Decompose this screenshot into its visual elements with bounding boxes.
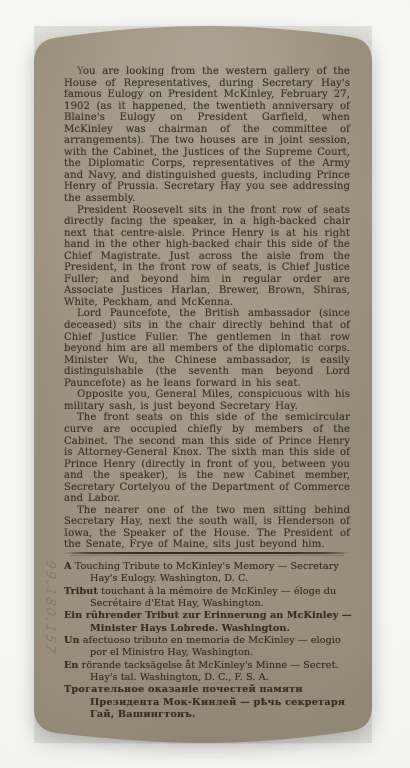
handwritten-catalog-number: 99.180.157 (43, 542, 58, 673)
title-text: touchant à la mémoire de McKinley — élog… (90, 586, 336, 609)
title-lead-word: A (64, 561, 72, 572)
title-text: rörande tacksägelse åt McKinley's Minne … (82, 660, 339, 683)
multilingual-title-list: A Touching Tribute to McKinley's Memory … (64, 561, 352, 721)
description-paragraph: Lord Pauncefote, the British ambassador … (64, 308, 350, 389)
description-paragraph: President Roosevelt sits in the front ro… (64, 205, 350, 309)
title-entry-spanish: Un afectuoso tributo en memoria de McKin… (64, 635, 352, 660)
title-lead-word: Ein (64, 610, 82, 621)
description-paragraph: Opposite you, General Miles, conspicuous… (64, 389, 350, 412)
title-text: afectuoso tributo en memoria de McKinley… (83, 635, 341, 658)
title-entry-russian: Трогательное оказаніе почестей памяти Пр… (64, 684, 352, 721)
title-entry-french: Tribut touchant à la mémoire de McKinley… (64, 586, 352, 611)
title-entry-german: Ein rührender Tribut zur Erinnerung an M… (64, 610, 352, 635)
description-paragraph: The nearer one of the two men sitting be… (64, 505, 350, 551)
title-entry-swedish: En rörande tacksägelse åt McKinley's Min… (64, 660, 352, 685)
title-lead-word: Un (64, 635, 80, 646)
divider-rule (64, 552, 350, 554)
title-lead-word: Tribut (64, 586, 98, 597)
stereocard-photo-background: You are looking from the western gallery… (0, 0, 410, 768)
description-text-block: You are looking from the western gallery… (64, 66, 350, 551)
description-paragraph: You are looking from the western gallery… (64, 66, 350, 205)
description-paragraph: The front seats on this side of the semi… (64, 412, 350, 504)
title-entry-english: A Touching Tribute to McKinley's Memory … (64, 561, 352, 586)
title-text: Touching Tribute to McKinley's Memory — … (75, 561, 339, 584)
title-lead-word: En (64, 660, 79, 671)
card-printed-content: You are looking from the western gallery… (36, 26, 372, 744)
title-text: rührender Tribut zur Erinnerung an McKin… (86, 610, 352, 633)
title-lead-word: Трогательное (64, 684, 144, 695)
